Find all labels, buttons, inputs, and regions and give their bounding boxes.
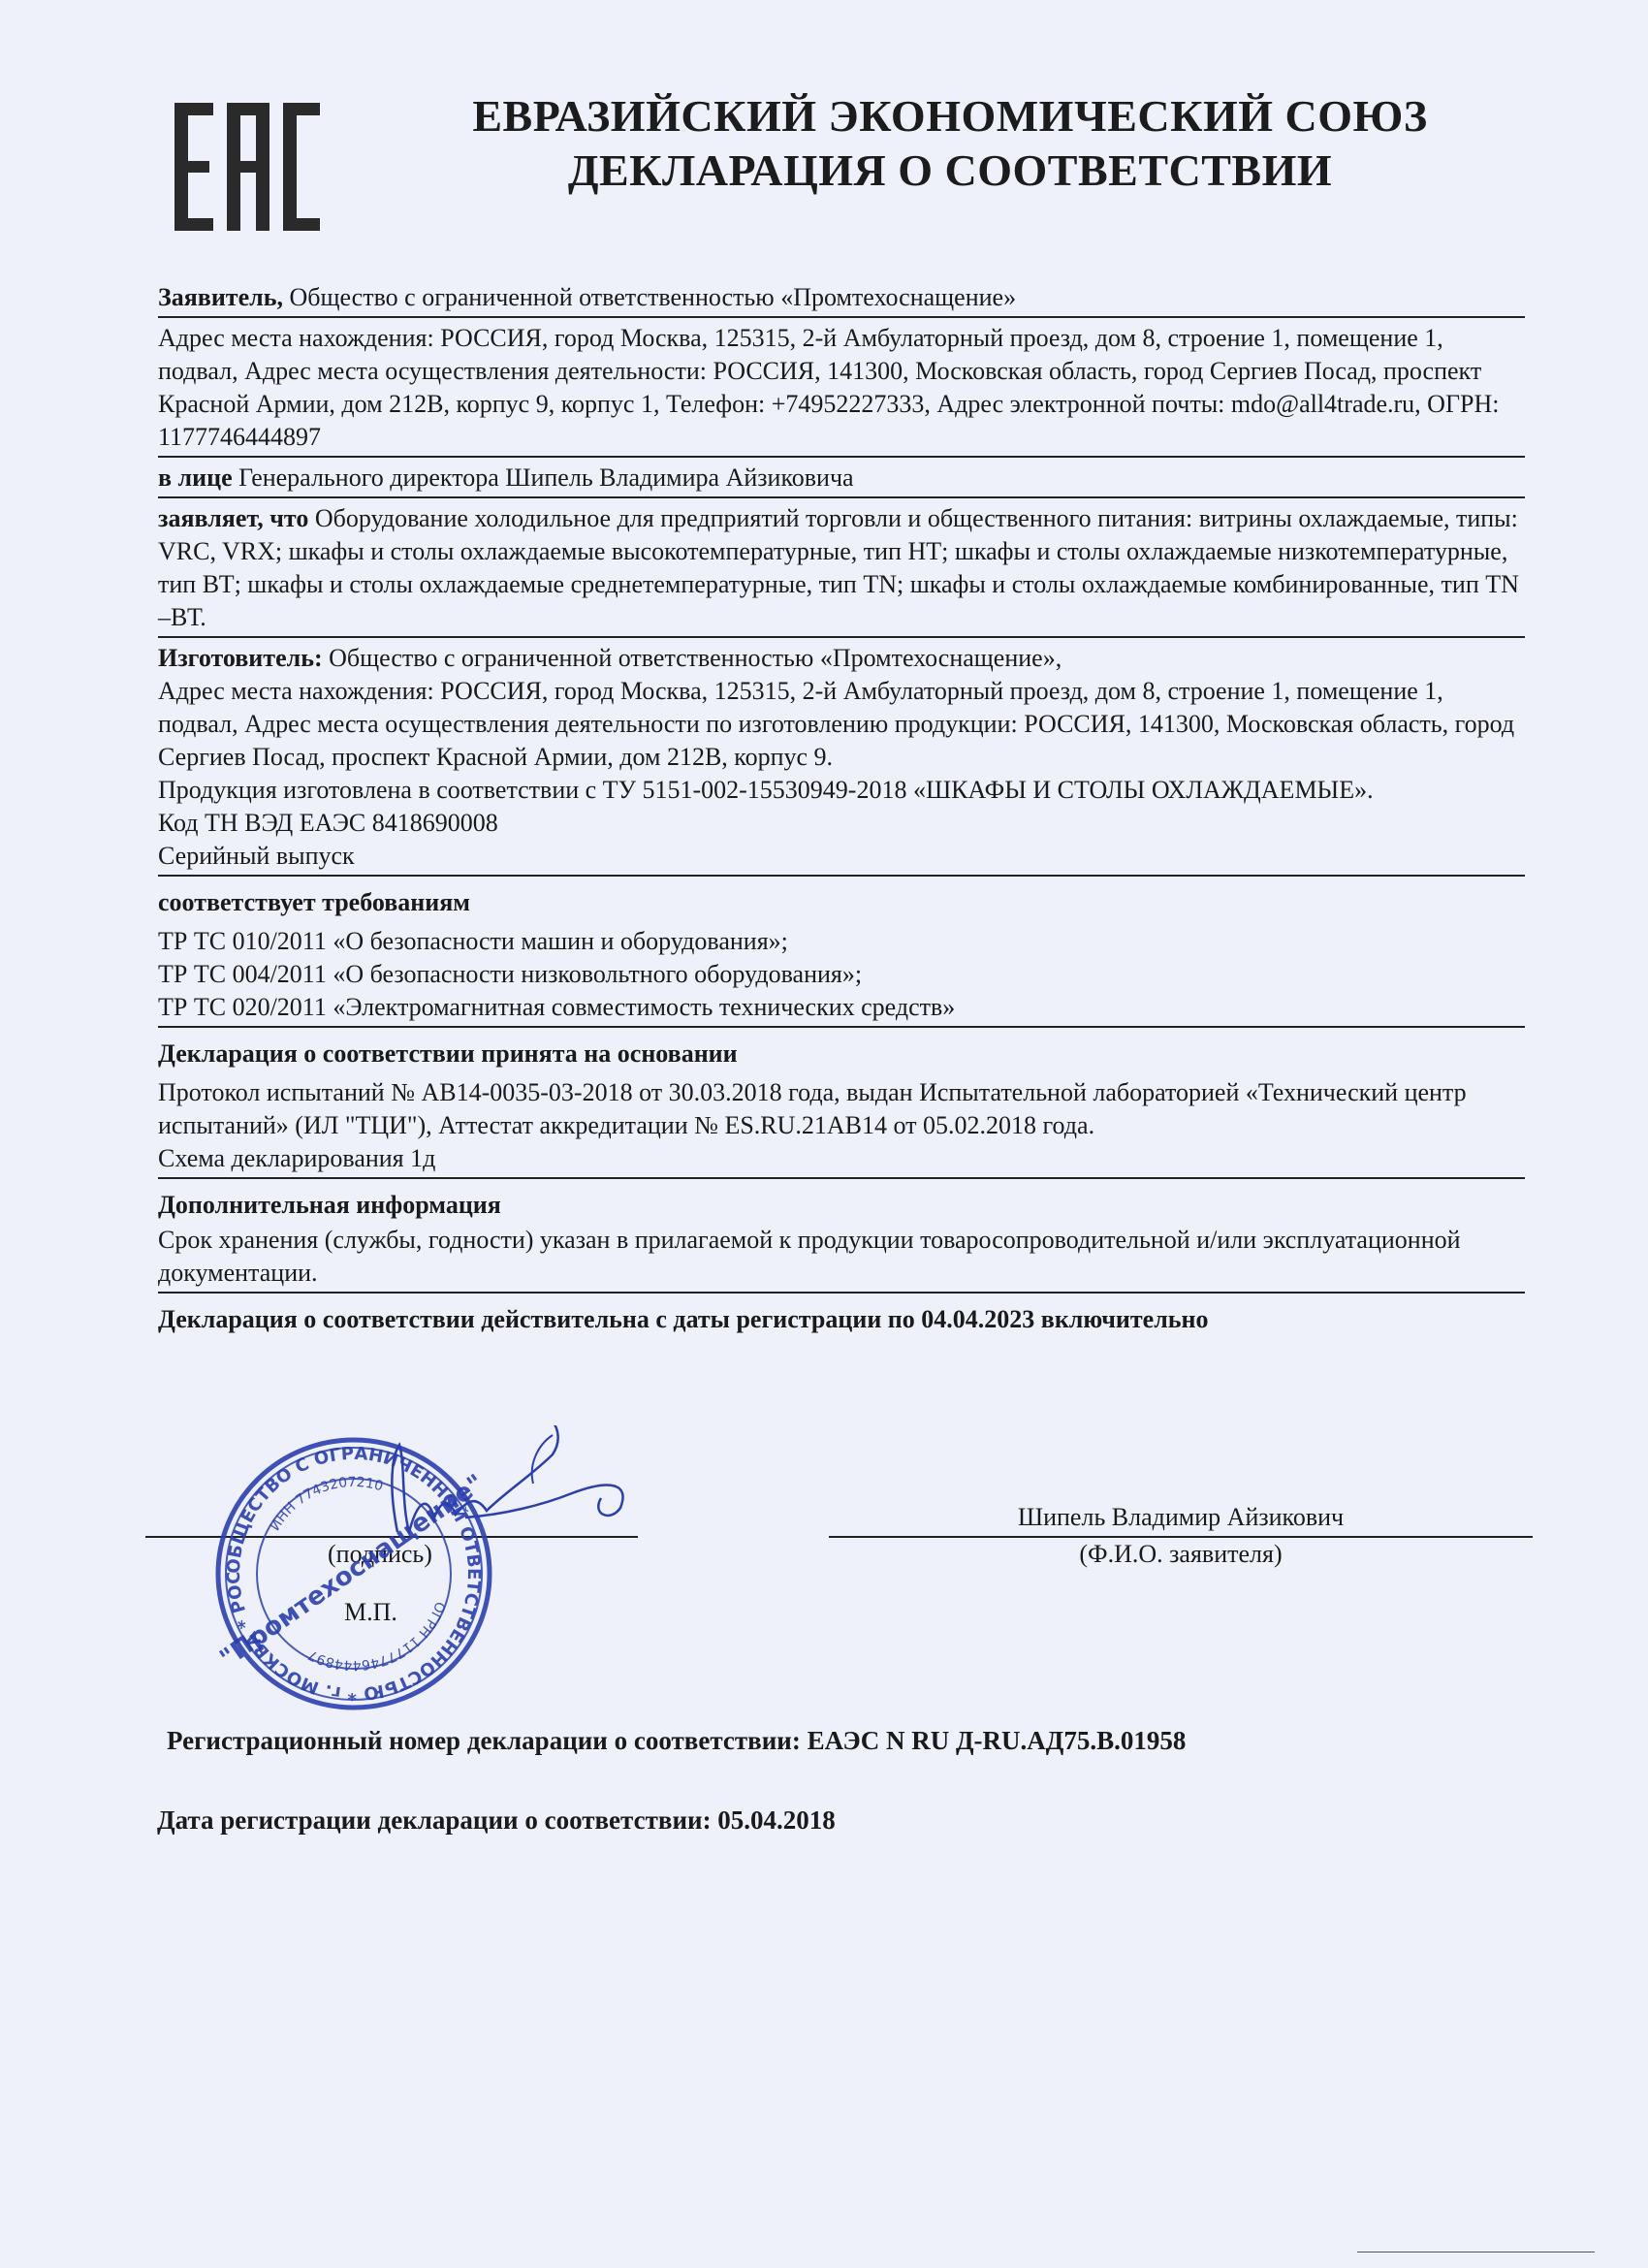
title-declaration: ДЕКЛАРАЦИЯ О СООТВЕТСТВИИ [417, 144, 1483, 198]
manufacturer-label: Изготовитель: [158, 644, 323, 672]
eac-logo-icon [174, 103, 320, 231]
name-line [829, 1536, 1533, 1538]
additional-info-text: Срок хранения (службы, годности) указан … [158, 1224, 1525, 1290]
applicant-section: Заявитель, Общество с ограниченной ответ… [158, 281, 1525, 318]
signature-area: (подпись) М.П. ОБЩЕСТВО С ОГРАНИЧЕННОЙ О… [145, 1406, 1551, 1716]
applicant-name: Общество с ограниченной ответственностью… [283, 283, 1016, 311]
declaration-body: Заявитель, Общество с ограниченной ответ… [158, 281, 1525, 1342]
hs-code: Код ТН ВЭД ЕАЭС 8418690008 [158, 807, 1525, 840]
validity-statement: Декларация о соответствии действительна … [158, 1303, 1525, 1336]
handwritten-signature-icon [320, 1425, 650, 1561]
basis-section: Декларация о соответствии принята на осн… [158, 1032, 1525, 1179]
product-section: заявляет, что Оборудование холодильное д… [158, 502, 1525, 638]
registration-date: Дата регистрации декларации о соответств… [157, 1805, 836, 1836]
requirement-item: ТР ТС 010/2011 «О безопасности машин и о… [158, 925, 1525, 958]
basis-heading: Декларация о соответствии принята на осн… [158, 1038, 1525, 1070]
manufacturer-section: Изготовитель: Общество с ограниченной от… [158, 642, 1525, 877]
footer-divider [1357, 2252, 1595, 2252]
test-protocol: Протокол испытаний № АВ14-0035-03-2018 о… [158, 1076, 1525, 1142]
requirement-item: ТР ТС 004/2011 «О безопасности низковоль… [158, 958, 1525, 991]
applicant-full-name: Шипель Владимир Айзикович [829, 1503, 1533, 1532]
applicant-label: Заявитель, [158, 283, 283, 311]
manufacturer-address: Адрес места нахождения: РОССИЯ, город Мо… [158, 675, 1525, 774]
product-description: Оборудование холодильное для предприятий… [158, 504, 1519, 631]
manufacturer-name: Общество с ограниченной ответственностью… [323, 644, 1062, 672]
registration-number: Регистрационный номер декларации о соотв… [167, 1726, 1186, 1756]
manufacturer-standard: Продукция изготовлена в соответствии с Т… [158, 774, 1525, 807]
requirements-section: соответствует требованиям ТР ТС 010/2011… [158, 880, 1525, 1028]
representative-section: в лице Генерального директора Шипель Вла… [158, 462, 1525, 498]
additional-info-heading: Дополнительная информация [158, 1189, 1525, 1222]
validity-section: Декларация о соответствии действительна … [158, 1297, 1525, 1338]
declares-label: заявляет, что [158, 504, 308, 532]
title-union: ЕВРАЗИЙСКИЙ ЭКОНОМИЧЕСКИЙ СОЮЗ [417, 89, 1483, 144]
requirement-item: ТР ТС 020/2011 «Электромагнитная совмест… [158, 991, 1525, 1024]
name-caption: (Ф.И.О. заявителя) [829, 1540, 1533, 1569]
additional-info-section: Дополнительная информация Срок хранения … [158, 1183, 1525, 1294]
document-title: ЕВРАЗИЙСКИЙ ЭКОНОМИЧЕСКИЙ СОЮЗ ДЕКЛАРАЦИ… [417, 89, 1483, 198]
declaration-scheme: Схема декларирования 1д [158, 1142, 1525, 1175]
applicant-address: Адрес места нахождения: РОССИЯ, город Мо… [158, 322, 1525, 454]
representative-name: Генерального директора Шипель Владимира … [233, 463, 854, 492]
applicant-address-section: Адрес места нахождения: РОССИЯ, город Мо… [158, 322, 1525, 458]
requirements-heading: соответствует требованиям [158, 886, 1525, 919]
production-type: Серийный выпуск [158, 840, 1525, 873]
representative-label: в лице [158, 463, 233, 492]
